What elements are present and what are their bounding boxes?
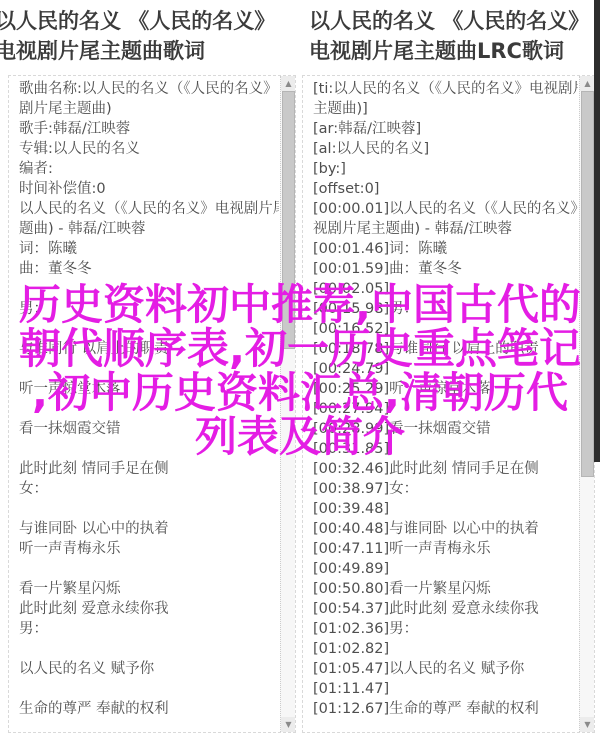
lyric-line: 听一声青梅永乐	[19, 539, 279, 559]
lyric-line: 此时此刻 爱意永续你我	[19, 599, 279, 619]
lyric-line: 男：	[19, 619, 279, 639]
lyric-line	[19, 559, 279, 579]
overlay-headline-line: 朝代顺序表,初一历史重点笔记	[0, 327, 600, 371]
lrc-line: [01:12.67]生命的尊严 奉献的权利	[313, 699, 578, 719]
lyric-line: 词：陈曦	[19, 239, 279, 259]
right-title-line2: 电视剧片尾主题曲LRC歌词	[309, 36, 594, 66]
lyric-line: 题曲) - 韩磊/江映蓉	[19, 219, 279, 239]
scroll-down-icon[interactable]: ▼	[281, 717, 296, 732]
lrc-line: [00:49.89]	[313, 559, 578, 579]
lrc-line: [01:11.47]	[313, 679, 578, 699]
overlay-headline[interactable]: 历史资料初中推荐,中国古代的朝代顺序表,初一历史重点笔记,初中历史资料汇总,清朝…	[0, 283, 600, 459]
lyric-line: 以人民的名义 赋予你	[19, 659, 279, 679]
lrc-line: [00:00.01]以人民的名义（《人民的名义》电	[313, 199, 578, 219]
scroll-up-icon[interactable]: ▲	[281, 76, 296, 91]
lyric-line: 编者:	[19, 159, 279, 179]
lrc-line: [ti:以人民的名义（《人民的名义》电视剧片尾	[313, 79, 578, 99]
lrc-line: [01:05.47]以人民的名义 赋予你	[313, 659, 578, 679]
right-panel-title: 以人民的名义 《人民的名义》 电视剧片尾主题曲LRC歌词	[309, 6, 594, 66]
left-title-line1: 以人民的名义 《人民的名义》	[0, 6, 295, 36]
lyric-line: 专辑:以人民的名义	[19, 139, 279, 159]
lyric-line: 女：	[19, 479, 279, 499]
lyric-line: 歌曲名称:以人民的名义（《人民的名义》电视	[19, 79, 279, 99]
scroll-up-icon[interactable]: ▲	[580, 76, 595, 91]
lrc-line: [00:47.11]听一声青梅永乐	[313, 539, 578, 559]
lyric-line	[19, 679, 279, 699]
lrc-line: [al:以人民的名义]	[313, 139, 578, 159]
lyric-line: 时间补偿值:0	[19, 179, 279, 199]
overlay-headline-line: 历史资料初中推荐,中国古代的	[0, 283, 600, 327]
lyric-line: 看一片繁星闪烁	[19, 579, 279, 599]
lrc-line: [00:54.37]此时此刻 爱意永续你我	[313, 599, 578, 619]
lrc-line: 主题曲)]	[313, 99, 578, 119]
lrc-line: [by:]	[313, 159, 578, 179]
lrc-line: [offset:0]	[313, 179, 578, 199]
left-panel-title: 以人民的名义 《人民的名义》 电视剧片尾主题曲歌词	[0, 6, 295, 66]
lyric-line: 歌手:韩磊/江映蓉	[19, 119, 279, 139]
lrc-line: [00:01.59]曲：董冬冬	[313, 259, 578, 279]
lrc-line: [00:50.80]看一片繁星闪烁	[313, 579, 578, 599]
lyric-line	[19, 639, 279, 659]
lrc-line: [00:32.46]此时此刻 情同手足在侧	[313, 459, 578, 479]
lyric-line: 此时此刻 情同手足在侧	[19, 459, 279, 479]
left-title-line2: 电视剧片尾主题曲歌词	[0, 36, 295, 66]
lyric-line: 剧片尾主题曲)	[19, 99, 279, 119]
lyric-line	[19, 499, 279, 519]
lrc-line: [00:40.48]与谁同卧 以心中的执着	[313, 519, 578, 539]
lrc-line: 视剧片尾主题曲) - 韩磊/江映蓉	[313, 219, 578, 239]
page: 以人民的名义 《人民的名义》 电视剧片尾主题曲歌词 歌曲名称:以人民的名义（《人…	[0, 0, 600, 736]
overlay-headline-line: ,初中历史资料汇总,清朝历代	[0, 371, 600, 415]
lrc-line: [00:01.46]词：陈曦	[313, 239, 578, 259]
lrc-line: [00:38.97]女：	[313, 479, 578, 499]
lyric-line: 以人民的名义（《人民的名义》电视剧片尾主	[19, 199, 279, 219]
lyric-line: 曲：董冬冬	[19, 259, 279, 279]
lyric-line: 与谁同卧 以心中的执着	[19, 519, 279, 539]
lrc-line: [01:02.36]男：	[313, 619, 578, 639]
lrc-line: [01:02.82]	[313, 639, 578, 659]
right-title-line1: 以人民的名义 《人民的名义》	[309, 6, 594, 36]
overlay-headline-line: 列表及简介	[0, 415, 600, 459]
lrc-line: [00:39.48]	[313, 499, 578, 519]
lrc-line: [ar:韩磊/江映蓉]	[313, 119, 578, 139]
lyric-line: 生命的尊严 奉献的权利	[19, 699, 279, 719]
scroll-down-icon[interactable]: ▼	[580, 717, 595, 732]
